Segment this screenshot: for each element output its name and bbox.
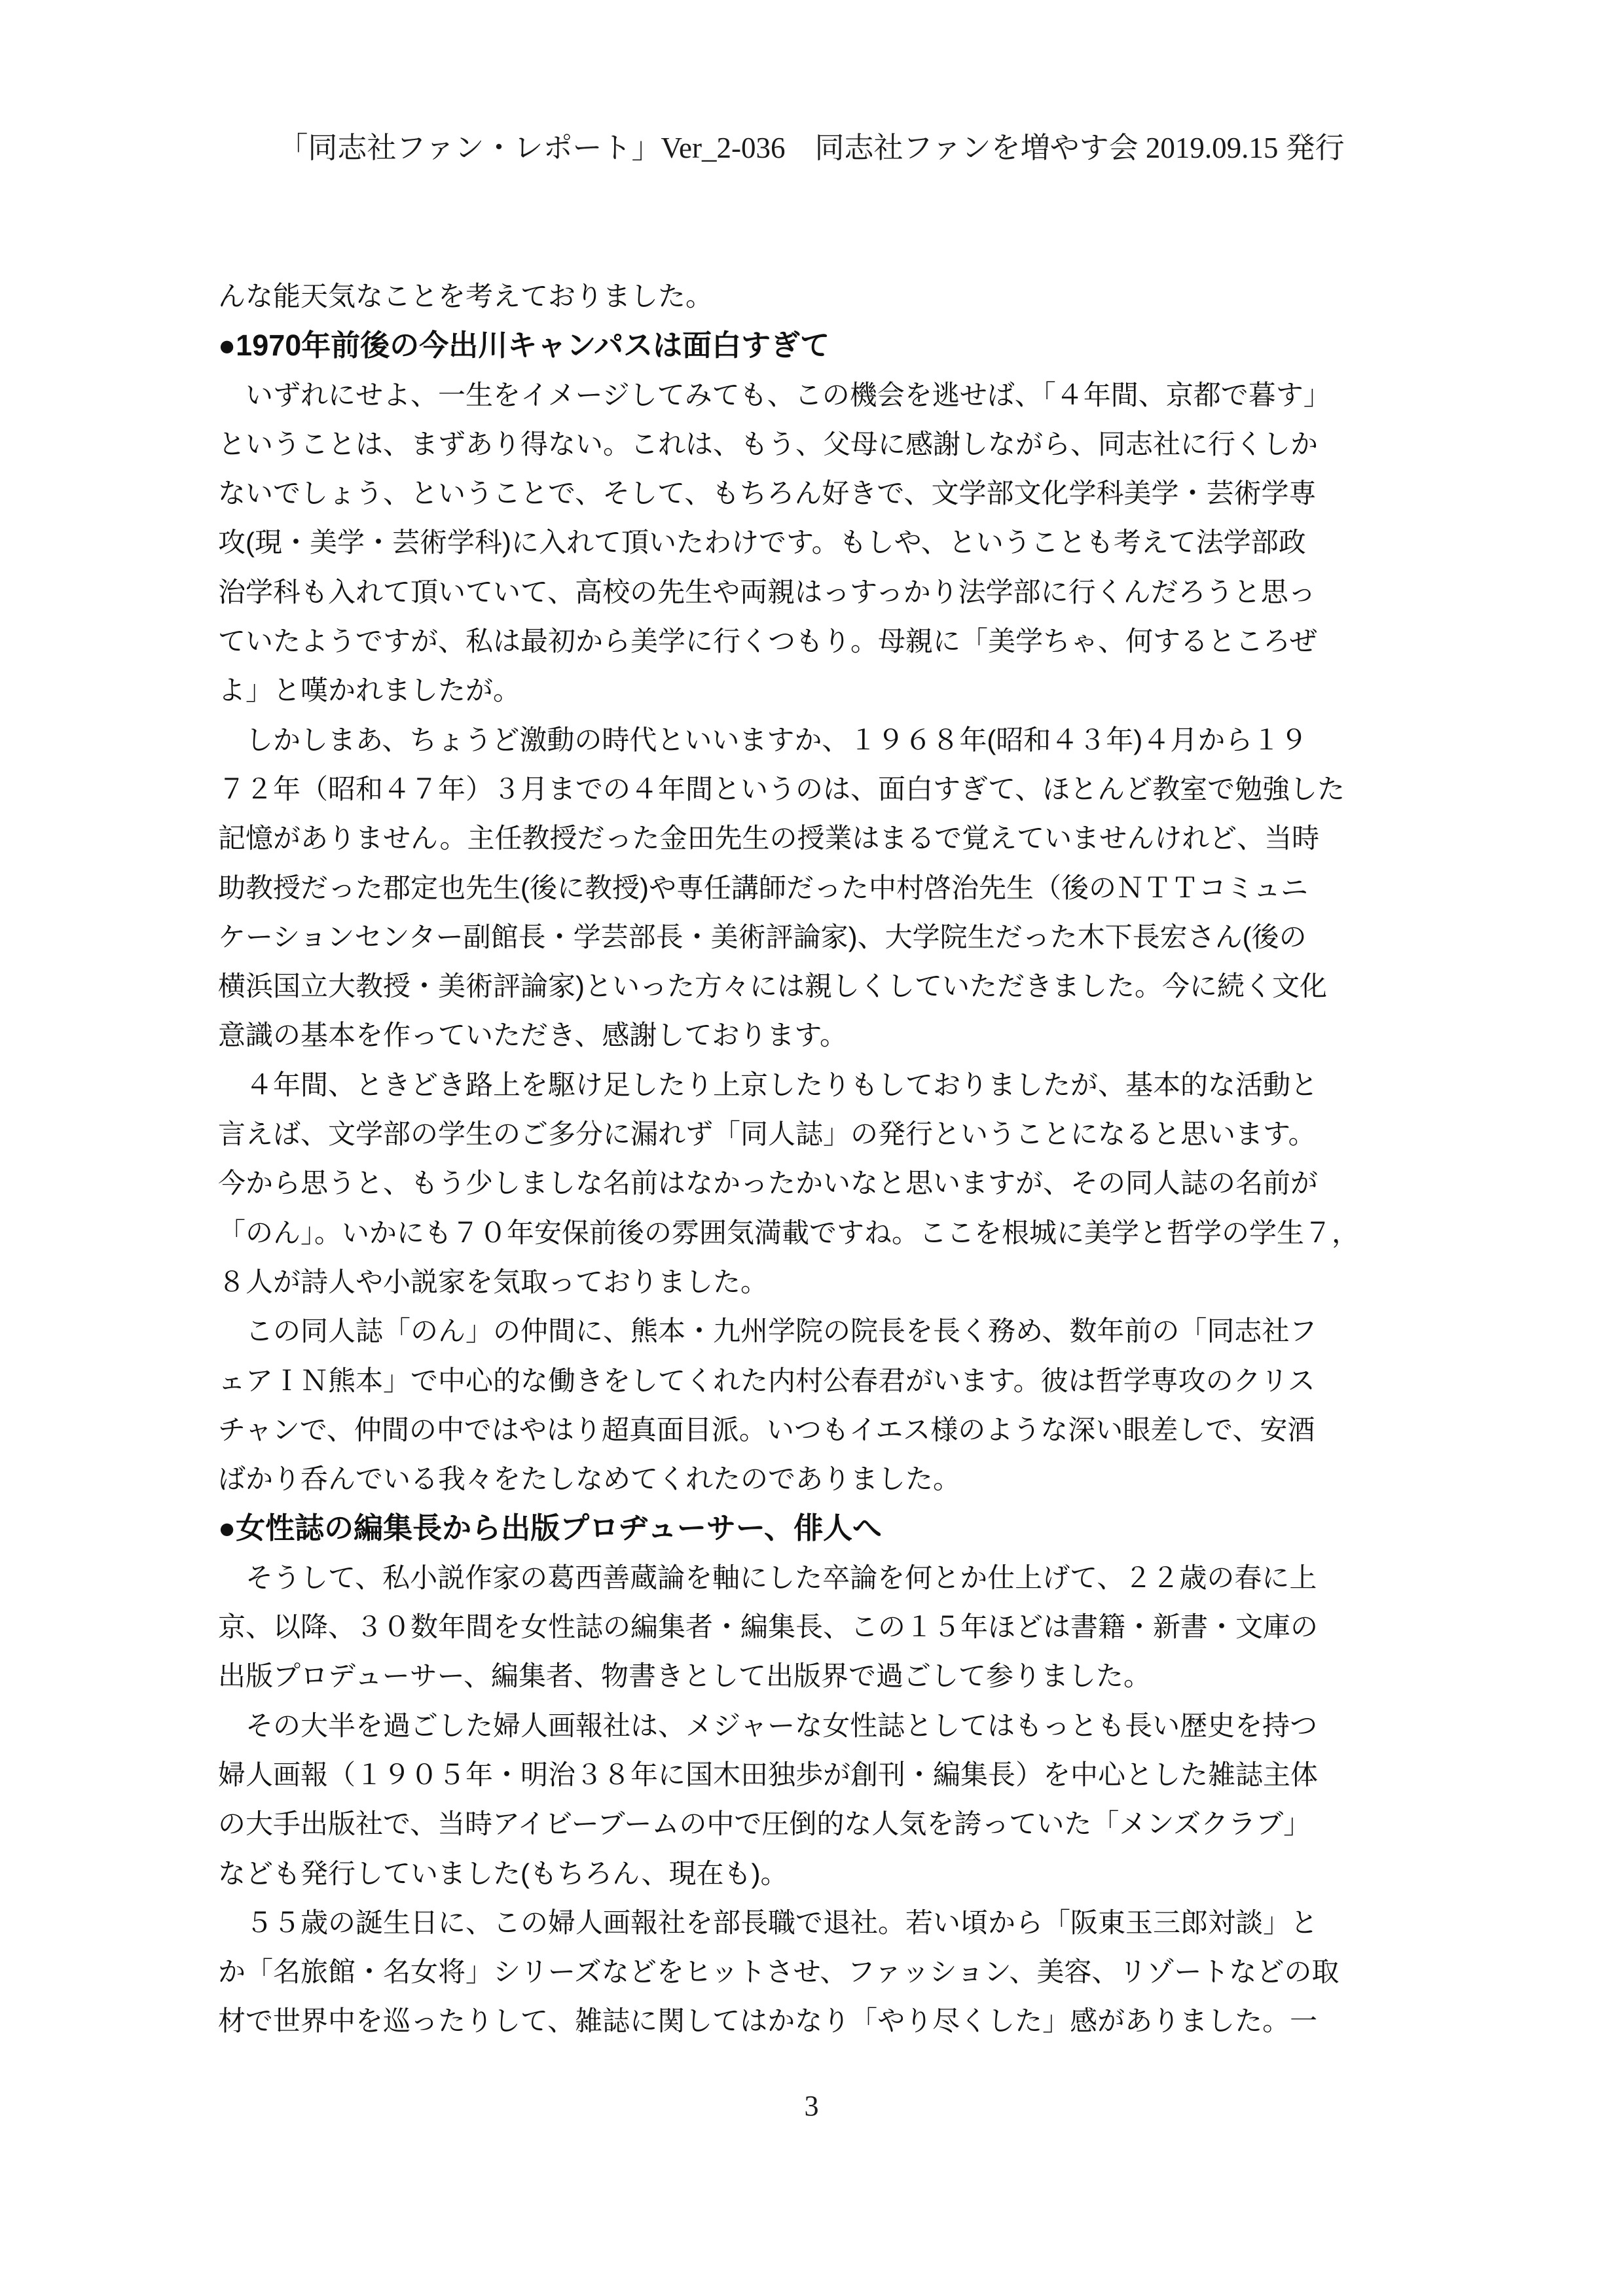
text-line: 婦人画報（１９０５年・明治３８年に国木田独歩が創刊・編集長）を中心とした雑誌主体 [218,1750,1405,1799]
text-line: その大半を過ごした婦人画報社は、メジャーな女性誌としてはもっとも長い歴史を持つ [218,1701,1405,1750]
text-line: 意識の基本を作っていただき、感謝しております。 [218,1011,1405,1060]
text-line: チャンで、仲間の中ではやはり超真面目派。いつもイエス様のような深い眼差しで、安酒 [218,1405,1405,1454]
text-line: なども発行していました(もちろん、現在も)。 [218,1849,1405,1898]
text-line: ４年間、ときどき路上を駆け足したり上京したりもしておりましたが、基本的な活動と [218,1060,1405,1109]
text-line: 出版プロデューサー、編集者、物書きとして出版界で過ごして参りました。 [218,1651,1405,1700]
text-line: んな能天気なことを考えておりました。 [218,272,1405,321]
page-number: 3 [0,2089,1623,2123]
text-line: ５５歳の誕生日に、この婦人画報社を部長職で退社。若い頃から「阪東玉三郎対談」と [218,1898,1405,1947]
page-header: 「同志社ファン・レポート」Ver_2-036 同志社ファンを増やす会 2019.… [218,128,1405,168]
document-page: 「同志社ファン・レポート」Ver_2-036 同志社ファンを増やす会 2019.… [0,0,1623,2296]
text-line: 言えば、文学部の学生のご多分に漏れず「同人誌」の発行ということになると思います。 [218,1109,1405,1158]
text-line: よ」と嘆かれましたが。 [218,666,1405,715]
text-line: この同人誌「のん」の仲間に、熊本・九州学院の院長を長く務め、数年前の「同志社フ [218,1306,1405,1355]
text-line: ェアＩＮ熊本」で中心的な働きをしてくれた内村公春君がいます。彼は哲学専攻のクリス [218,1356,1405,1405]
text-line: ないでしょう、ということで、そして、もちろん好きで、文学部文化学科美学・芸術学専 [218,469,1405,518]
text-line: ７２年（昭和４７年）３月までの４年間というのは、面白すぎて、ほとんど教室で勉強し… [218,764,1405,814]
text-line: 記憶がありません。主任教授だった金田先生の授業はまるで覚えていませんけれど、当時 [218,814,1405,863]
section-heading: ●1970年前後の今出川キャンパスは面白すぎて [218,321,1405,370]
text-line: 治学科も入れて頂いていて、高校の先生や両親はっすっかり法学部に行くんだろうと思っ [218,567,1405,617]
text-line: 材で世界中を巡ったりして、雑誌に関してはかなり「やり尽くした」感がありました。一 [218,1996,1405,2045]
text-line: ということは、まずあり得ない。これは、もう、父母に感謝しながら、同志社に行くしか [218,420,1405,469]
text-line: ていたようですが、私は最初から美学に行くつもり。母親に「美学ちゃ、何するところぜ [218,617,1405,666]
text-line: 横浜国立大教授・美術評論家)といった方々には親しくしていただきました。今に続く文… [218,961,1405,1011]
text-line: 攻(現・美学・芸術学科)に入れて頂いたわけです。もしや、ということも考えて法学部… [218,518,1405,567]
text-line: ケーションセンター副館長・学芸部長・美術評論家)、大学院生だった木下長宏さん(後… [218,912,1405,961]
text-line: そうして、私小説作家の葛西善蔵論を軸にした卒論を何とか仕上げて、２２歳の春に上 [218,1553,1405,1602]
text-line: しかしまあ、ちょうど激動の時代といいますか、１９６８年(昭和４３年)４月から１９ [218,715,1405,764]
text-line: の大手出版社で、当時アイビーブームの中で圧倒的な人気を誇っていた「メンズクラブ」 [218,1799,1405,1848]
text-line: 今から思うと、もう少しましな名前はなかったかいなと思いますが、その同人誌の名前が [218,1158,1405,1208]
section-heading: ●女性誌の編集長から出版プロヂューサー、俳人へ [218,1503,1405,1552]
text-line: いずれにせよ、一生をイメージしてみても、この機会を逃せば、「４年間、京都で暮す」 [218,370,1405,420]
text-line: 京、以降、３０数年間を女性誌の編集者・編集長、この１５年ほどは書籍・新書・文庫の [218,1602,1405,1651]
text-line: ばかり呑んでいる我々をたしなめてくれたのでありました。 [218,1454,1405,1503]
text-line: ８人が詩人や小説家を気取っておりました。 [218,1257,1405,1306]
text-line: 「のん」。いかにも７０年安保前後の雰囲気満載ですね。ここを根城に美学と哲学の学生… [218,1208,1405,1257]
text-line: 助教授だった郡定也先生(後に教授)や専任講師だった中村啓治先生（後のＮＴＴコミュ… [218,863,1405,912]
text-line: か「名旅館・名女将」シリーズなどをヒットさせ、ファッション、美容、リゾートなどの… [218,1947,1405,1996]
body-lines: んな能天気なことを考えておりました。●1970年前後の今出川キャンパスは面白すぎ… [218,272,1405,2046]
